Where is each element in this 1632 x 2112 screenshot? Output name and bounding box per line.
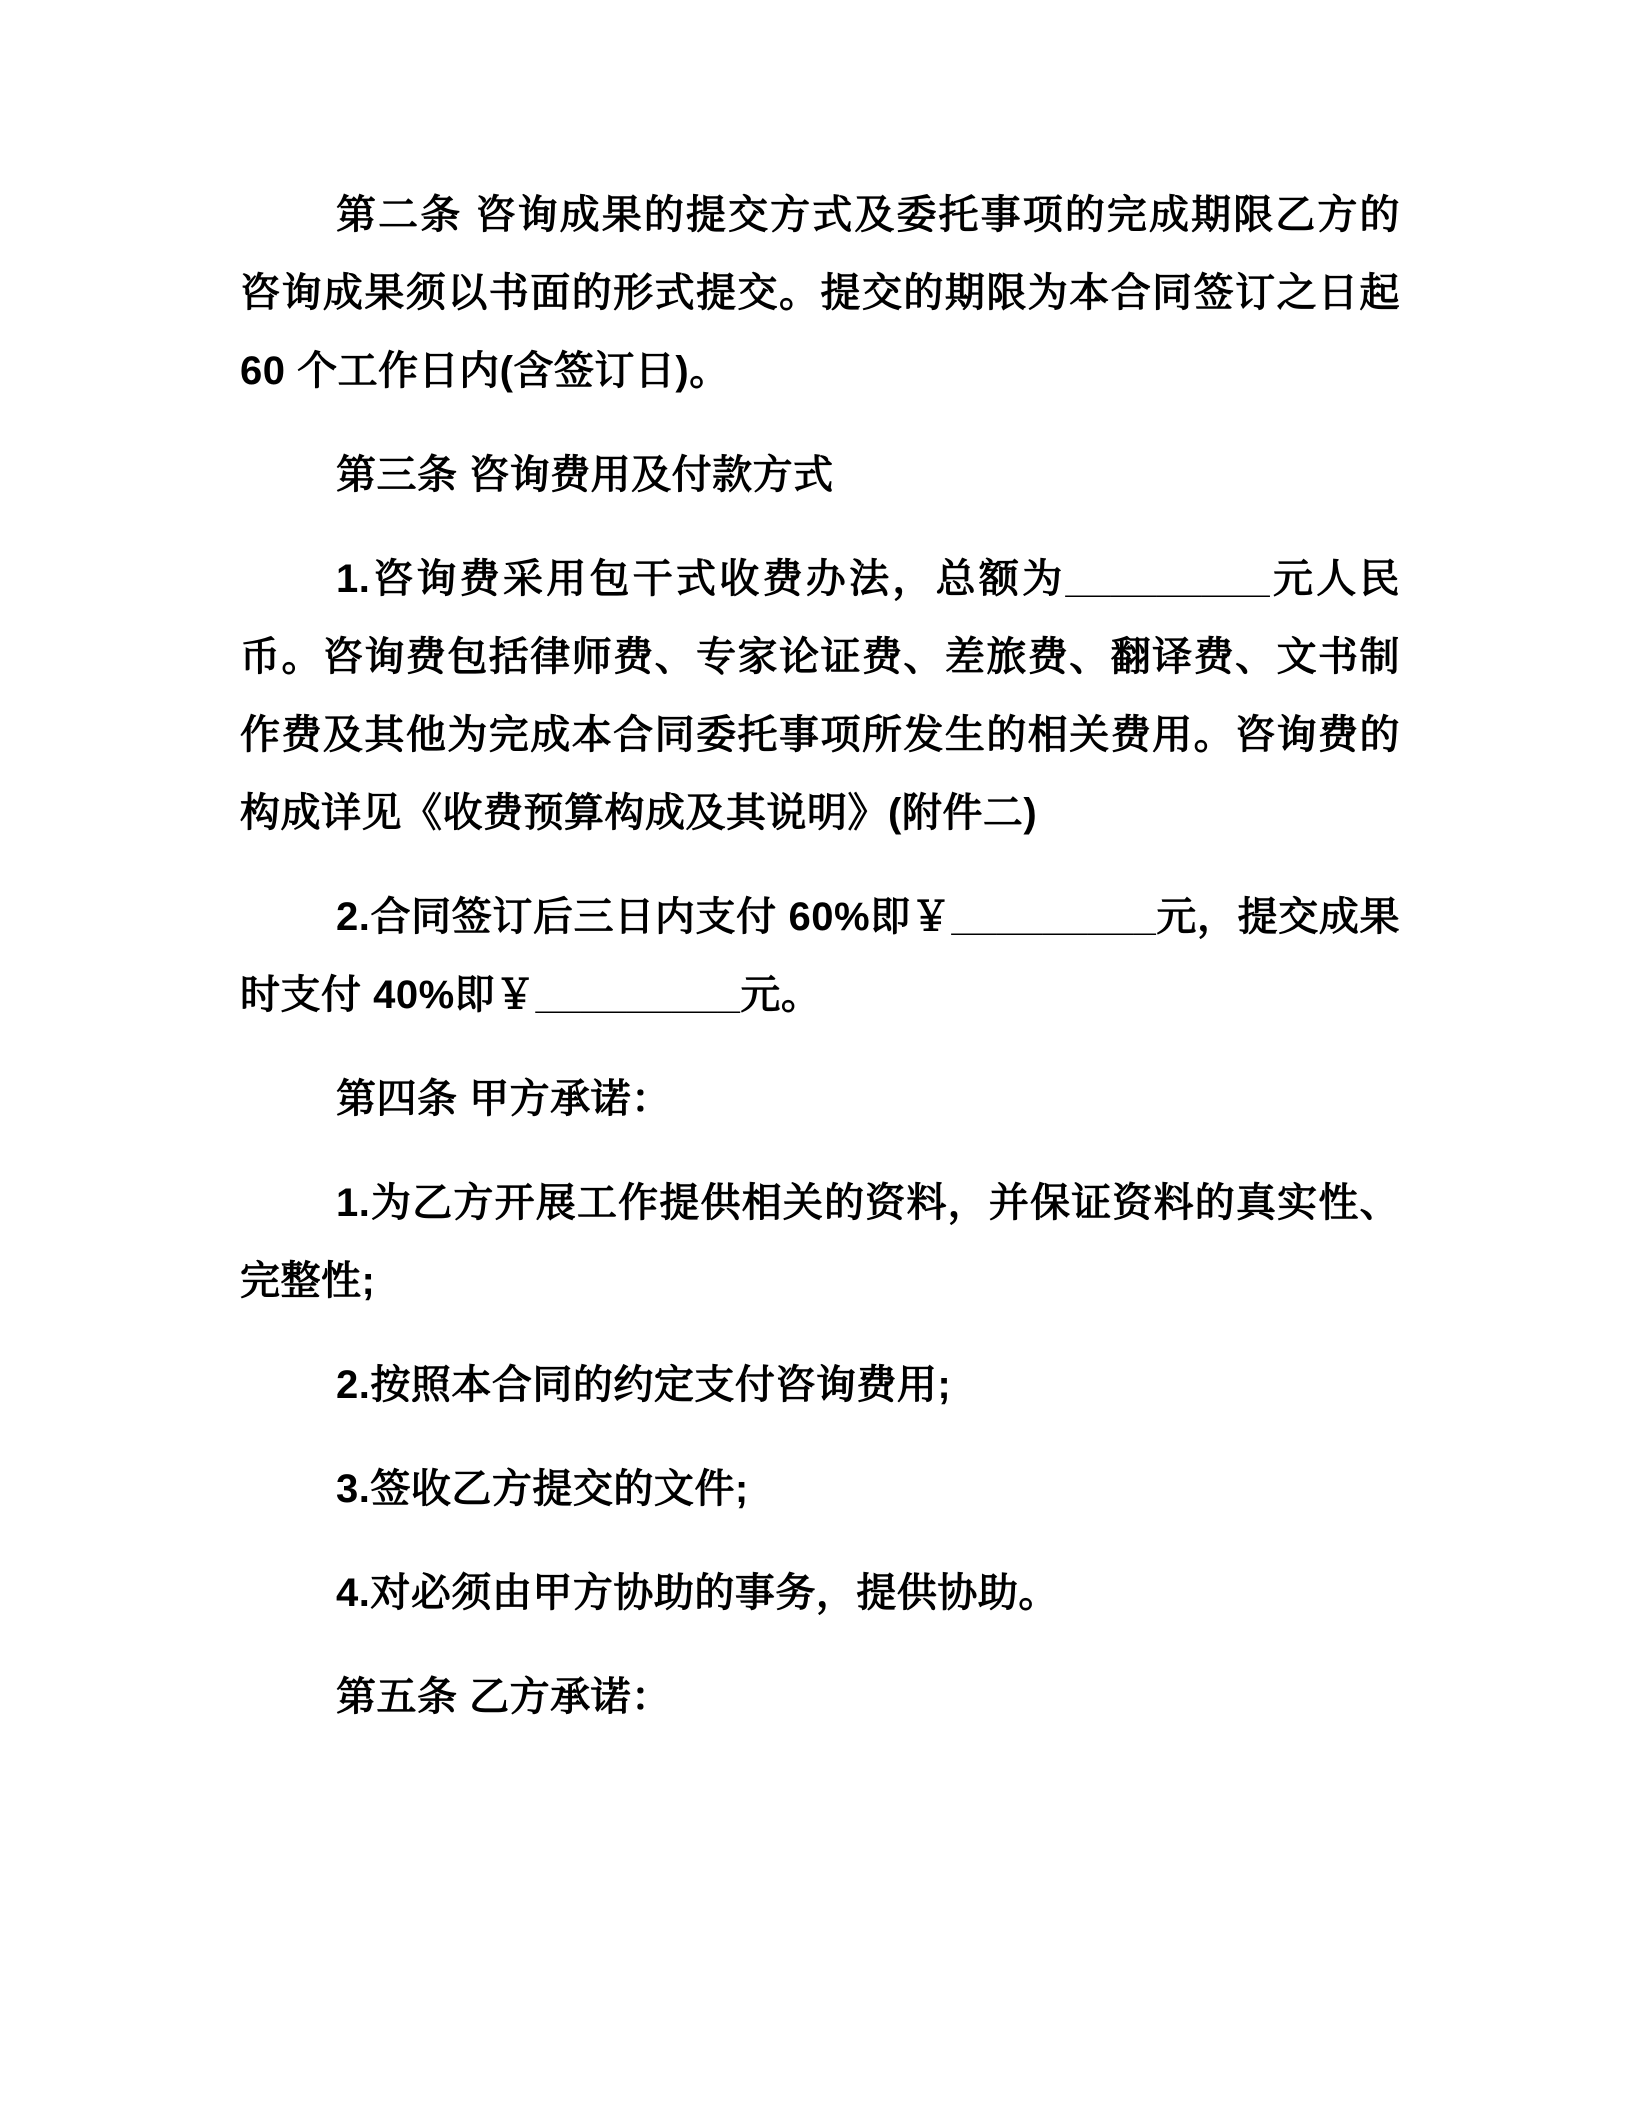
contract-page: 第二条 咨询成果的提交方式及委托事项的完成期限乙方的咨询成果须以书面的形式提交。… (0, 0, 1632, 2112)
paragraph-clause-3-item-1: 1.咨询费采用包干式收费办法，总额为_________元人民币。咨询费包括律师费… (240, 540, 1400, 852)
paragraph-clause-4-item-2: 2.按照本合同的约定支付咨询费用; (240, 1346, 1400, 1424)
paragraph-clause-3-heading: 第三条 咨询费用及付款方式 (240, 436, 1400, 514)
paragraph-clause-4-heading: 第四条 甲方承诺： (240, 1060, 1400, 1138)
paragraph-clause-3-item-2: 2.合同签订后三日内支付 60%即￥_________元，提交成果时支付 40%… (240, 878, 1400, 1034)
paragraph-clause-4-item-4: 4.对必须由甲方协助的事务，提供协助。 (240, 1554, 1400, 1632)
paragraph-clause-2: 第二条 咨询成果的提交方式及委托事项的完成期限乙方的咨询成果须以书面的形式提交。… (240, 176, 1400, 410)
paragraph-clause-4-item-3: 3.签收乙方提交的文件; (240, 1450, 1400, 1528)
paragraph-clause-5-heading: 第五条 乙方承诺： (240, 1658, 1400, 1736)
paragraph-clause-4-item-1: 1.为乙方开展工作提供相关的资料，并保证资料的真实性、完整性; (240, 1164, 1400, 1320)
